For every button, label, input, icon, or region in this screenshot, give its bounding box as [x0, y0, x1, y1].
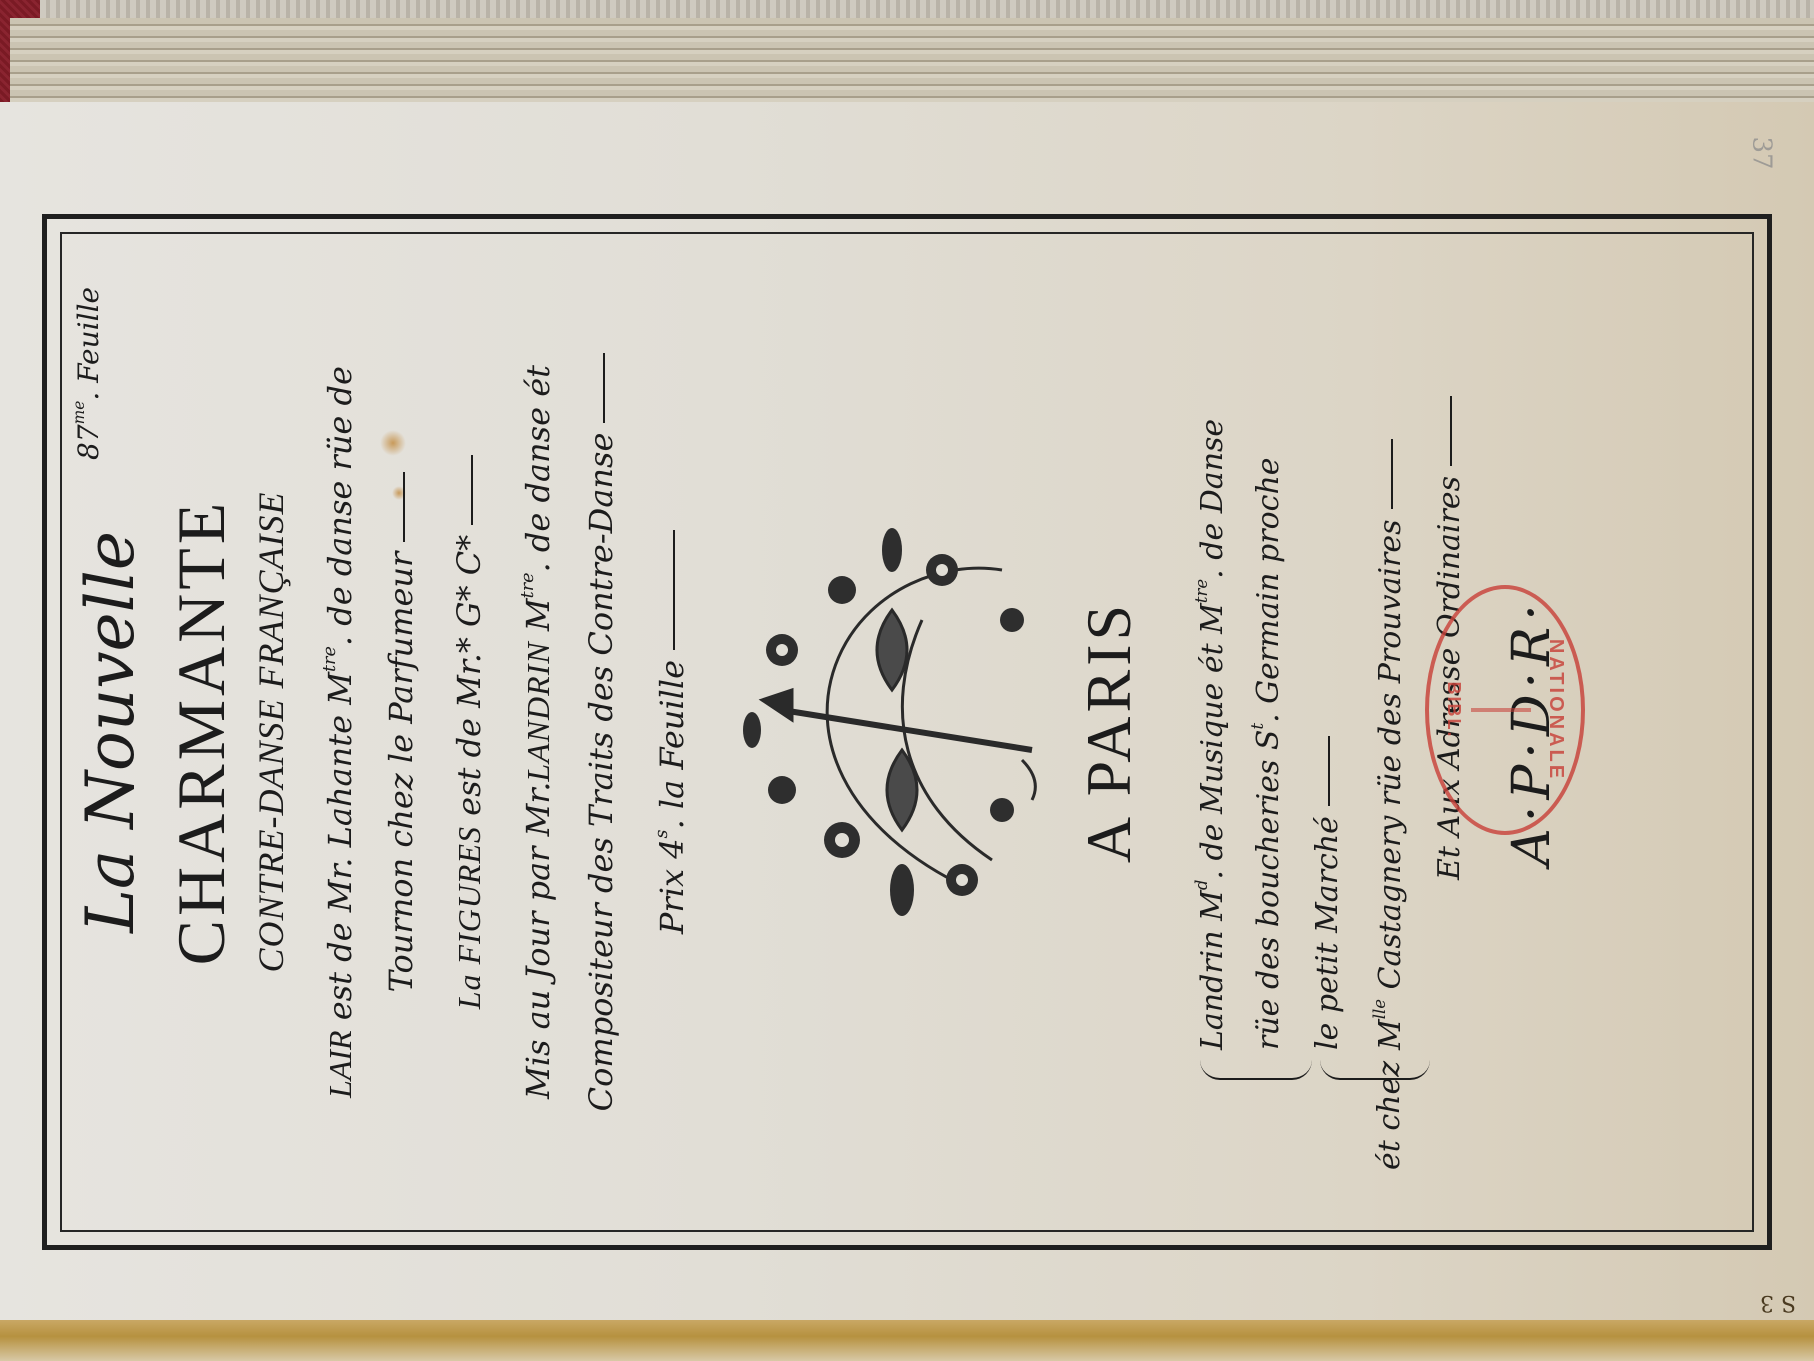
- et-chez-label: ét chez: [1372, 1061, 1407, 1170]
- imprint-city: A PARIS: [1072, 234, 1146, 1230]
- folio-number: 37: [1747, 136, 1777, 169]
- book-photo-scene: 37 S 3 La Nouvelle 87me. Feuille CHARMAN…: [0, 0, 1814, 1361]
- gilt-page-edge: [0, 1320, 1814, 1361]
- main-title: CHARMANTE: [162, 234, 241, 1230]
- title-script: La Nouvelle: [72, 531, 149, 933]
- address-line: le petit Marché: [1310, 736, 1345, 1050]
- stacked-page-edges: [10, 18, 1814, 106]
- stamp-center-mark: [1471, 708, 1531, 712]
- stamp-top-text: NATIONALE: [1544, 589, 1567, 831]
- credit-lair: LAIR est de Mr. Lahante Mtre. de danse r…: [320, 234, 359, 1230]
- rule-dash: [403, 472, 405, 542]
- brace-icon: [1200, 1050, 1312, 1080]
- library-stamp: NATIONALE BIBL.: [1425, 585, 1585, 835]
- sheet-number: 87me. Feuille: [70, 287, 105, 460]
- credit-landrin: Mis au Jour par Mr.LANDRIN Mtre. de dans…: [518, 234, 557, 1230]
- rule-dash: [1328, 736, 1330, 806]
- rule-dash: [673, 530, 675, 650]
- subtitle: CONTRE-DANSE FRANÇAISE: [250, 234, 292, 1230]
- credit-figures: La FIGURES est de Mr.* G* C*: [450, 234, 488, 1230]
- rule-dash: [1450, 396, 1452, 466]
- stamp-bottom-text: BIBL.: [1443, 589, 1464, 831]
- price-line: Prix 4s. la Feuille: [652, 234, 691, 1230]
- address-line: rüe des boucheries St. Germain proche: [1248, 457, 1286, 1050]
- floral-vignette-icon: [722, 510, 1052, 950]
- rule-dash: [603, 353, 605, 423]
- address-line: Mlle Castagnery rüe des Prouvaires: [1370, 439, 1408, 1050]
- credit-tournon: Tournon chez le Parfumeur: [382, 234, 420, 1230]
- credit-compositeur: Compositeur des Traits des Contre-Danse: [582, 234, 620, 1230]
- rule-dash: [471, 455, 473, 525]
- rule-dash: [1391, 439, 1393, 509]
- pencil-mark: S 3: [1760, 1290, 1796, 1315]
- address-line: Landrin Md. de Musique ét Mtre. de Danse: [1192, 419, 1230, 1050]
